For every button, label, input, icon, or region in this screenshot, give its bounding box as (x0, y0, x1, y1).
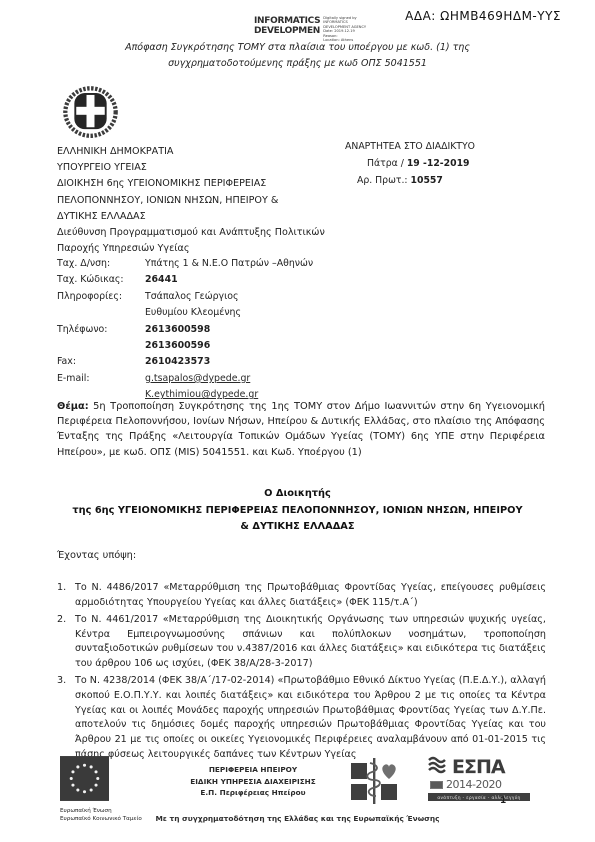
org-line-region-2: ΔΥΤΙΚΗΣ ΕΛΛΑΔΑΣ (57, 209, 357, 225)
legal-item-3: 3. Το Ν. 4238/2014 (ΦΕΚ 38/Α΄/17-02-2014… (57, 674, 546, 762)
contact-row-phone: Τηλέφωνο: 2613600598 (57, 322, 357, 338)
email-link-1[interactable]: g.tsapalos@dypede.gr (145, 371, 250, 387)
address-label: Ταχ. Δ/νση: (57, 256, 145, 272)
footer: Ευρωπαϊκή Ένωση Ευρωπαϊκό Κοινωνικό Ταμε… (0, 754, 595, 842)
subject-paragraph: Θέμα: 5η Τροποποίηση Συγκρότησης της 1ης… (57, 399, 545, 460)
address-value: Υπάτης 1 & Ν.Ε.Ο Πατρών –Αθηνών (145, 256, 313, 272)
legal-item-1-number: 1. (57, 581, 75, 610)
org-line-directorate-1: Διεύθυνση Προγραμματισμού και Ανάπτυξης … (57, 225, 357, 241)
fax-label: Fax: (57, 354, 145, 370)
espa-waves-icon (428, 756, 450, 778)
phone-label: Τηλέφωνο: (57, 322, 145, 338)
protocol-number: 10557 (411, 175, 443, 186)
espa-period-row: 2014-2020 (428, 778, 530, 791)
fax-value: 2610423573 (145, 354, 210, 370)
legal-references-list: 1. Το Ν. 4486/2017 «Μεταρρύθμιση της Πρω… (57, 581, 546, 765)
organization-block: ΕΛΛΗΝΙΚΗ ΔΗΜΟΚΡΑΤΙΑ ΥΠΟΥΡΓΕΙΟ ΥΓΕΙΑΣ ΔΙΟ… (57, 144, 357, 257)
phone-value-1: 2613600598 (145, 322, 210, 338)
legal-item-2-number: 2. (57, 613, 75, 672)
email-label: E-mail: (57, 371, 145, 387)
managing-authority-line-1: ΠΕΡΙΦΕΡΕΙΑ ΗΠΕΙΡΟΥ (158, 764, 348, 776)
legal-item-1-text: Το Ν. 4486/2017 «Μεταρρύθμιση της Πρωτοβ… (75, 581, 546, 610)
zip-label: Ταχ. Κώδικας: (57, 272, 145, 288)
legal-item-2: 2. Το Ν. 4461/2017 «Μεταρρύθμιση της Διο… (57, 613, 546, 672)
phone-value-2: 2613600596 (145, 338, 210, 354)
page-number: 1 (500, 796, 506, 806)
contact-row-info: Πληροφορίες: Τσάπαλος Γεώργιος (57, 289, 357, 305)
city-date-row: Πάτρα / 19 -12-2019 (345, 155, 560, 172)
protocol-row: Αρ. Πρωτ.: 10557 (345, 172, 560, 189)
header-right-block: ΑΝΑΡΤΗΤΕΑ ΣΤΟ ΔΙΑΔΙΚΤΥΟ Πάτρα / 19 -12-2… (345, 138, 560, 189)
legal-item-3-text: Το Ν. 4238/2014 (ΦΕΚ 38/Α΄/17-02-2014) «… (75, 674, 546, 762)
having-regard-label: Έχοντας υπόψη: (57, 550, 136, 561)
publish-note: ΑΝΑΡΤΗΤΕΑ ΣΤΟ ΔΙΑΔΙΚΤΥΟ (345, 138, 560, 155)
info-person-1: Τσάπαλος Γεώργιος (145, 289, 239, 305)
contact-details: Ταχ. Δ/νση: Υπάτης 1 & Ν.Ε.Ο Πατρών –Αθη… (57, 256, 357, 404)
managing-authority-block: ΠΕΡΙΦΕΡΕΙΑ ΗΠΕΙΡΟΥ ΕΙΔΙΚΗ ΥΠΗΡΕΣΙΑ ΔΙΑΧΕ… (158, 764, 348, 799)
org-line-administration: ΔΙΟΙΚΗΣΗ 6ης ΥΓΕΙΟΝΟΜΙΚΗΣ ΠΕΡΙΦΕΡΕΙΑΣ (57, 176, 357, 192)
decision-heading-line-2: της 6ης ΥΓΕΙΟΝΟΜΙΚΗΣ ΠΕΡΙΦΕΡΕΙΑΣ ΠΕΛΟΠΟΝ… (0, 503, 595, 520)
contact-row-info-2: Ευθυμίου Κλεομένης (57, 305, 357, 321)
ada-code: ΑΔΑ: ΩΗΜΒ469ΗΔΜ-ΥΥΣ (405, 9, 561, 23)
espa-slogan-bar: ανάπτυξη - εργασία - αλληλεγγύη (428, 793, 530, 801)
health-region-logo-icon (346, 756, 402, 810)
managing-authority-line-3: Ε.Π. Περιφέρειας Ηπείρου (158, 787, 348, 799)
subtitle-line-2: συγχρηματοδοτούμενης πράξης με κωδ ΟΠΣ 5… (0, 56, 595, 72)
city-date-label: Πάτρα / (367, 158, 404, 169)
greek-national-emblem-icon (62, 86, 119, 144)
espa-logo-top: ΕΣΠΑ (428, 756, 530, 778)
subject-body: 5η Τροποποίηση Συγκρότησης της 1ης ΤΟΜΥ … (57, 401, 545, 458)
espa-logo-block: ΕΣΠΑ 2014-2020 ανάπτυξη - εργασία - αλλη… (428, 756, 530, 801)
decision-heading: Ο Διοικητής της 6ης ΥΓΕΙΟΝΟΜΙΚΗΣ ΠΕΡΙΦΕΡ… (0, 486, 595, 536)
stamp-agency-line2: DEVELOPMEN (254, 26, 320, 36)
eu-flag-block: Ευρωπαϊκή Ένωση Ευρωπαϊκό Κοινωνικό Ταμε… (60, 756, 170, 823)
legal-item-2-text: Το Ν. 4461/2017 «Μεταρρύθμιση της Διοικη… (75, 613, 546, 672)
org-line-region-1: ΠΕΛΟΠΟΝΝΗΣΟΥ, ΙΟΝΙΩΝ ΝΗΣΩΝ, ΗΠΕΙΡΟΥ & (57, 193, 357, 209)
org-line-ministry: ΥΠΟΥΡΓΕΙΟ ΥΓΕΙΑΣ (57, 160, 357, 176)
espa-logo-name: ΕΣΠΑ (452, 758, 505, 777)
info-label: Πληροφορίες: (57, 289, 145, 305)
protocol-label: Αρ. Πρωτ.: (357, 175, 408, 186)
stamp-signature-details: Digitally signed by INFORMATICS DEVELOPM… (323, 16, 375, 42)
cofinance-note: Με τη συγχρηματοδότηση της Ελλάδας και τ… (0, 814, 595, 823)
subtitle-line-1: Απόφαση Συγκρότησης ΤΟΜΥ στα πλαίσια του… (0, 40, 595, 56)
espa-mini-flag-icon (430, 781, 443, 789)
stamp-agency-name: INFORMATICS DEVELOPMEN (254, 16, 320, 42)
digital-signature-stamp: INFORMATICS DEVELOPMEN Digitally signed … (254, 16, 375, 42)
info-person-2: Ευθυμίου Κλεομένης (145, 305, 241, 321)
subject-label: Θέμα: (57, 401, 89, 412)
zip-value: 26441 (145, 272, 178, 288)
contact-row-phone-2: 2613600596 (57, 338, 357, 354)
contact-row-address: Ταχ. Δ/νση: Υπάτης 1 & Ν.Ε.Ο Πατρών –Αθη… (57, 256, 357, 272)
date-value: 19 -12-2019 (407, 158, 470, 169)
document-page: ΑΔΑ: ΩΗΜΒ469ΗΔΜ-ΥΥΣ INFORMATICS DEVELOPM… (0, 0, 595, 842)
org-line-directorate-2: Παροχής Υπηρεσιών Υγείας (57, 241, 357, 257)
legal-item-3-number: 3. (57, 674, 75, 762)
decision-heading-line-1: Ο Διοικητής (0, 486, 595, 503)
espa-period: 2014-2020 (446, 778, 501, 791)
contact-row-zip: Ταχ. Κώδικας: 26441 (57, 272, 357, 288)
stamp-agency-line1: INFORMATICS (254, 16, 320, 26)
stamp-signed-by: Digitally signed by INFORMATICS DEVELOPM… (323, 16, 375, 29)
org-line-republic: ΕΛΛΗΝΙΚΗ ΔΗΜΟΚΡΑΤΙΑ (57, 144, 357, 160)
contact-row-email: E-mail: g.tsapalos@dypede.gr (57, 371, 357, 387)
contact-row-fax: Fax: 2610423573 (57, 354, 357, 370)
eu-flag-icon (60, 786, 109, 805)
managing-authority-line-2: ΕΙΔΙΚΗ ΥΠΗΡΕΣΙΑ ΔΙΑΧΕΙΡΙΣΗΣ (158, 776, 348, 788)
decision-heading-line-3: & ΔΥΤΙΚΗΣ ΕΛΛΑΔΑΣ (0, 519, 595, 536)
legal-item-1: 1. Το Ν. 4486/2017 «Μεταρρύθμιση της Πρω… (57, 581, 546, 610)
document-subtitle: Απόφαση Συγκρότησης ΤΟΜΥ στα πλαίσια του… (0, 40, 595, 72)
